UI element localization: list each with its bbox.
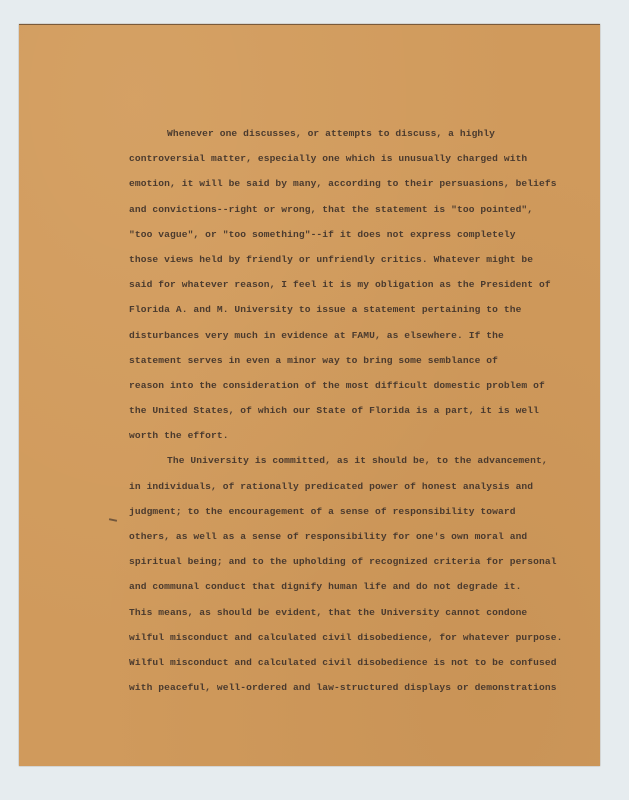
text-line: spiritual being; and to the upholding of… [129,549,579,574]
text-line: others, as well as a sense of responsibi… [129,524,579,549]
text-line: Whenever one discusses, or attempts to d… [129,121,579,146]
text-line: in individuals, of rationally predicated… [129,474,579,499]
text-line: said for whatever reason, I feel it is m… [129,272,579,297]
text-line: disturbances very much in evidence at FA… [129,323,579,348]
pencil-mark [109,518,117,522]
text-line: The University is committed, as it shoul… [129,448,579,473]
paragraph-2: The University is committed, as it shoul… [129,448,579,700]
paragraph-1: Whenever one discusses, or attempts to d… [129,121,579,448]
text-line: This means, as should be evident, that t… [129,600,579,625]
text-line: those views held by friendly or unfriend… [129,247,579,272]
text-line: Florida A. and M. University to issue a … [129,297,579,322]
text-line: emotion, it will be said by many, accord… [129,171,579,196]
text-line: statement serves in even a minor way to … [129,348,579,373]
text-line: and convictions--right or wrong, that th… [129,197,579,222]
text-line: controversial matter, especially one whi… [129,146,579,171]
text-line: with peaceful, well-ordered and law-stru… [129,675,579,700]
text-line: judgment; to the encouragement of a sens… [129,499,579,524]
text-line: reason into the consideration of the mos… [129,373,579,398]
text-line: "too vague", or "too something"--if it d… [129,222,579,247]
text-line: and communal conduct that dignify human … [129,574,579,599]
text-line: wilful misconduct and calculated civil d… [129,625,579,650]
text-line: Wilful misconduct and calculated civil d… [129,650,579,675]
document-body: Whenever one discusses, or attempts to d… [129,121,579,700]
text-line: worth the effort. [129,423,579,448]
typewritten-page: Whenever one discusses, or attempts to d… [19,24,600,766]
text-line: the United States, of which our State of… [129,398,579,423]
